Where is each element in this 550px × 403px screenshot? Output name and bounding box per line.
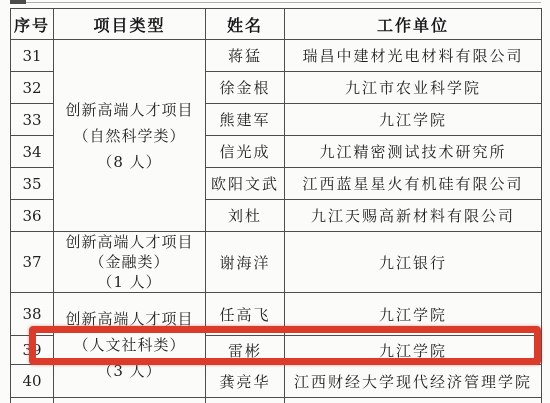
col-header-name: 姓名	[206, 9, 285, 40]
table-header-row: 序号 项目类型 姓名 工作单位	[11, 9, 542, 40]
name-cell: 信光成	[206, 136, 285, 168]
table-row-31: 31 创新高端人才项目 （自然科学类） （8 人） 蒋猛 瑞昌中建材光电材料有限…	[11, 40, 542, 72]
seq-cell: 32	[11, 72, 54, 104]
work-unit-cell: 江西财经大学现代经济管理学院	[285, 365, 542, 398]
table-row-38: 38 创新高端人才项目 （人文社科类） （3 人） 任高飞 九江学院	[11, 293, 542, 336]
name-cell: 雷彬	[206, 336, 285, 365]
work-unit-cell: 九江学院	[285, 293, 542, 336]
seq-cell: 31	[11, 40, 54, 72]
work-unit-cell: 九江市农业科学院	[285, 72, 542, 104]
previous-row-cutoff-line	[10, 2, 541, 3]
cutoff-cell	[54, 398, 206, 403]
seq-cell: 40	[11, 365, 54, 398]
project-type-line: （8 人）	[54, 149, 205, 175]
seq-cell: 36	[11, 200, 54, 232]
previous-row-cutoff-dash	[10, 0, 26, 4]
seq-cell: 37	[11, 232, 54, 293]
seq-cell: 35	[11, 168, 54, 200]
name-cell: 徐金根	[206, 72, 285, 104]
project-type-cell-humanities: 创新高端人才项目 （人文社科类） （3 人）	[54, 293, 206, 398]
name-cell: 龚亮华	[206, 365, 285, 398]
work-unit-cell: 九江学院	[285, 336, 542, 365]
project-type-line: （3 人）	[54, 358, 205, 384]
seq-cell: 39	[11, 336, 54, 365]
talent-project-table: 序号 项目类型 姓名 工作单位 31 创新高端人才项目 （自然科学类） （8 人…	[10, 8, 542, 403]
cutoff-cell	[285, 398, 542, 403]
name-cell: 谢海洋	[206, 232, 285, 293]
project-type-cell-finance: 创新高端人才项目 （金融类） （1 人）	[54, 232, 206, 293]
col-header-project-type: 项目类型	[54, 9, 206, 40]
name-cell: 熊建军	[206, 104, 285, 136]
cutoff-cell	[206, 398, 285, 403]
project-type-line: 创新高端人才项目	[54, 97, 205, 123]
table-row-37: 37 创新高端人才项目 （金融类） （1 人） 谢海洋 九江银行	[11, 232, 542, 293]
work-unit-cell: 九江银行	[285, 232, 542, 293]
seq-cell: 38	[11, 293, 54, 336]
project-type-line: （人文社科类）	[54, 332, 205, 358]
work-unit-cell: 九江学院	[285, 104, 542, 136]
seq-cell: 34	[11, 136, 54, 168]
cutoff-cell	[11, 398, 54, 403]
work-unit-cell: 九江天赐高新材料有限公司	[285, 200, 542, 232]
work-unit-cell: 九江精密测试技术研究所	[285, 136, 542, 168]
project-type-line: （1 人）	[54, 272, 205, 292]
work-unit-cell: 江西蓝星星火有机硅有限公司	[285, 168, 542, 200]
scanned-document-page: 序号 项目类型 姓名 工作单位 31 创新高端人才项目 （自然科学类） （8 人…	[0, 0, 550, 403]
name-cell: 刘杜	[206, 200, 285, 232]
name-cell: 欧阳文武	[206, 168, 285, 200]
work-unit-cell: 瑞昌中建材光电材料有限公司	[285, 40, 542, 72]
project-type-cell-natural-science: 创新高端人才项目 （自然科学类） （8 人）	[54, 40, 206, 232]
name-cell: 任高飞	[206, 293, 285, 336]
name-cell: 蒋猛	[206, 40, 285, 72]
col-header-seq: 序号	[11, 9, 54, 40]
project-type-line: （金融类）	[54, 252, 205, 272]
project-type-line: 创新高端人才项目	[54, 232, 205, 252]
seq-cell: 33	[11, 104, 54, 136]
project-type-line: （自然科学类）	[54, 123, 205, 149]
project-type-line: 创新高端人才项目	[54, 306, 205, 332]
col-header-work-unit: 工作单位	[285, 9, 542, 40]
table-row-cutoff	[11, 398, 542, 403]
